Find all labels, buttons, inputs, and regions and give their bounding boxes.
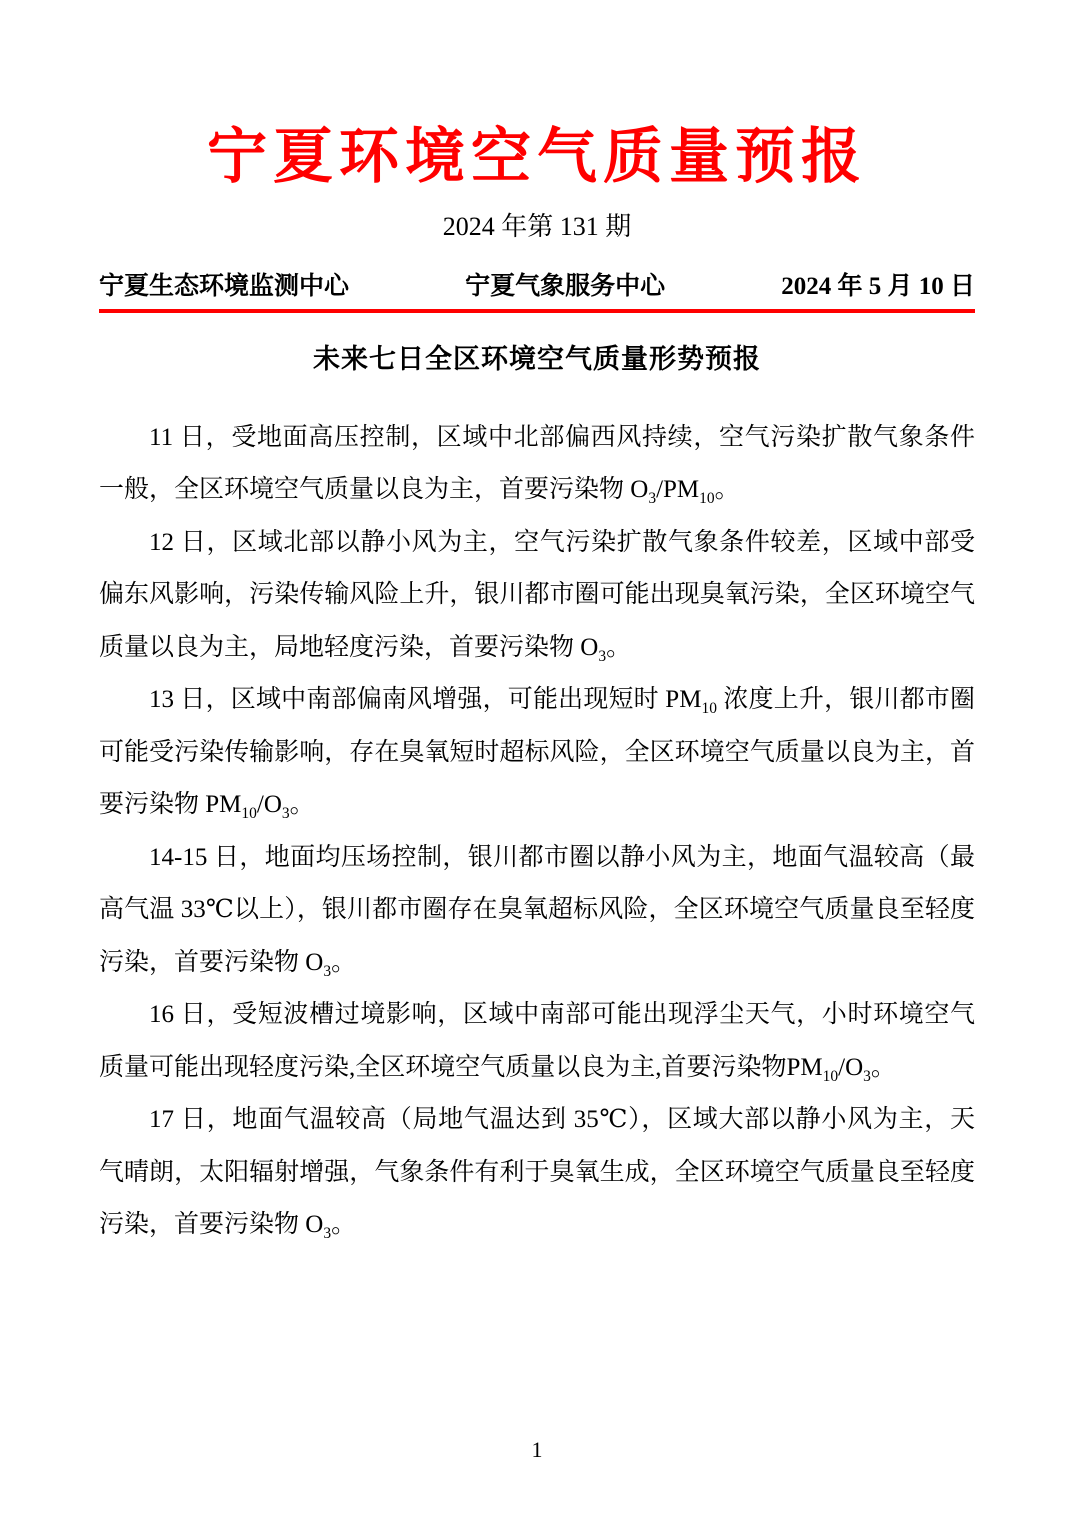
forecast-paragraph-day12: 12 日，区域北部以静小风为主，空气污染扩散气象条件较差，区域中部受偏东风影响，…	[99, 517, 975, 675]
forecast-paragraph-day17: 17 日，地面气温较高（局地气温达到 35℃），区域大部以静小风为主，天气晴朗，…	[99, 1094, 975, 1252]
document-page: 宁夏环境空气质量预报 2024 年第 131 期 宁夏生态环境监测中心 宁夏气象…	[0, 0, 1074, 1520]
publish-date: 2024 年 5 月 10 日	[781, 272, 975, 302]
issue-number: 2024 年第 131 期	[99, 211, 975, 242]
header-rule	[99, 309, 975, 313]
forecast-paragraph-day13: 13 日，区域中南部偏南风增强，可能出现短时 PM10 浓度上升，银川都市圈可能…	[99, 674, 975, 832]
forecast-paragraph-day16: 16 日，受短波槽过境影响，区域中南部可能出现浮尘天气，小时环境空气质量可能出现…	[99, 989, 975, 1094]
forecast-paragraph-day11: 11 日，受地面高压控制，区域中北部偏西风持续，空气污染扩散气象条件一般，全区环…	[99, 412, 975, 517]
document-title: 宁夏环境空气质量预报	[99, 0, 975, 195]
section-heading: 未来七日全区环境空气质量形势预报	[99, 343, 975, 375]
forecast-paragraph-day14-15: 14-15 日，地面均压场控制，银川都市圈以静小风为主，地面气温较高（最高气温 …	[99, 832, 975, 990]
forecast-body: 11 日，受地面高压控制，区域中北部偏西风持续，空气污染扩散气象条件一般，全区环…	[99, 412, 975, 1252]
publisher-weather-center: 宁夏气象服务中心	[465, 272, 665, 302]
page-number: 1	[0, 1437, 1074, 1463]
publisher-monitoring-center: 宁夏生态环境监测中心	[99, 272, 349, 302]
publisher-line: 宁夏生态环境监测中心 宁夏气象服务中心 2024 年 5 月 10 日	[99, 272, 975, 302]
